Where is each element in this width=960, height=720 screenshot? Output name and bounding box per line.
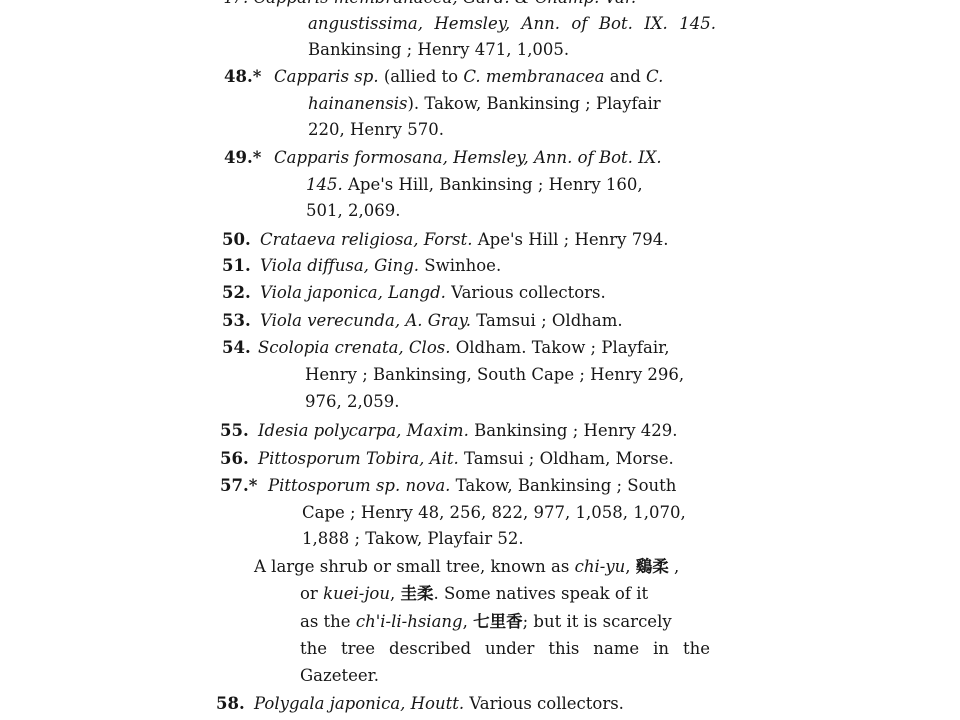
entry-56-localities: Tamsui ; Oldham, Morse. (459, 449, 674, 468)
entry-55-number: 55. (220, 421, 249, 441)
note-chinese-characters-1: 鷄柔 (636, 557, 669, 576)
note-text: A large shrub or small tree, known as (254, 557, 575, 576)
entry-48-line-2: hainanensis). Takow, Bankinsing ; Playfa… (308, 94, 661, 114)
note-chinese-characters-2: 圭柔 (401, 584, 434, 603)
note-text: Gazeteer. (300, 666, 379, 685)
entry-58-line: Polygala japonica, Houtt. Various collec… (254, 694, 624, 714)
entry-48-and: and (605, 67, 647, 86)
entry-48-number: 48.* (224, 67, 261, 87)
entry-56-number: 56. (220, 449, 249, 469)
entry-57-localities: Takow, Bankinsing ; South (450, 476, 676, 495)
note-chinese-characters-3: 七里香 (473, 612, 523, 631)
note-text: . Some natives speak of it (434, 584, 649, 603)
entry-57-species: Pittosporum sp. nova. (268, 476, 450, 495)
entry-48-allied-species-2: hainanensis (308, 94, 407, 113)
entry-54-collectors: 976, 2,059. (305, 392, 399, 411)
entry-47-line-2: angustissima, Hemsley, Ann. of Bot. IX. … (308, 14, 716, 34)
note-line-3: as the ch'i-li-hsiang, 七里香; but it is sc… (300, 612, 672, 632)
entry-57-number: 57.* (220, 476, 257, 496)
entry-57-collectors: Cape ; Henry 48, 256, 822, 977, 1,058, 1… (302, 503, 686, 522)
entry-48-text: (allied to (379, 67, 464, 86)
note-line-1: A large shrub or small tree, known as ch… (254, 557, 679, 577)
entry-47-line-3: Bankinsing ; Henry 471, 1,005. (308, 40, 569, 60)
entry-58-number: 58. (216, 694, 245, 714)
entry-51-number: 51. (222, 256, 251, 276)
entry-54-line-1: Scolopia crenata, Clos. Oldham. Takow ; … (258, 338, 669, 358)
note-text: ; but it is scarcely (523, 612, 672, 631)
entry-47-top-text: 47. Capparis membranacea, Gard. & Champ.… (222, 0, 636, 7)
entry-58-localities: Various collectors. (464, 694, 624, 713)
entry-51-localities: Swinhoe. (419, 256, 501, 275)
entry-50-species: Crataeva religiosa, Forst. (260, 230, 472, 249)
entry-55-species: Idesia polycarpa, Maxim. (258, 421, 469, 440)
entry-49-line-2: 145. Ape's Hill, Bankinsing ; Henry 160, (306, 175, 643, 195)
entry-55-line: Idesia polycarpa, Maxim. Bankinsing ; He… (258, 421, 678, 441)
entry-52-line: Viola japonica, Langd. Various collector… (260, 283, 606, 303)
entry-48-collectors: 220, Henry 570. (308, 120, 444, 139)
entry-55-localities: Bankinsing ; Henry 429. (469, 421, 678, 440)
entry-49-collectors: 501, 2,069. (306, 201, 400, 220)
entry-49-number: 49.* (224, 148, 261, 168)
entry-53-number: 53. (222, 311, 251, 331)
entry-49-page-ref: 145. (306, 175, 343, 194)
entry-49-line-3: 501, 2,069. (306, 201, 400, 221)
scanned-page: 47. Capparis membranacea, Gard. & Champ.… (0, 0, 960, 720)
entry-54-line-3: 976, 2,059. (305, 392, 399, 412)
note-native-name-1: chi-yu (575, 557, 626, 576)
entry-52-localities: Various collectors. (446, 283, 606, 302)
entry-57-line-2: Cape ; Henry 48, 256, 822, 977, 1,058, 1… (302, 503, 686, 523)
note-text: the tree described under this name in th… (300, 639, 710, 658)
entry-53-line: Viola verecunda, A. Gray. Tamsui ; Oldha… (260, 311, 623, 331)
entry-49-localities: Ape's Hill, Bankinsing ; Henry 160, (343, 175, 643, 194)
entry-54-localities: Oldham. Takow ; Playfair, (450, 338, 669, 357)
entry-47-localities: Bankinsing ; Henry 471, 1,005. (308, 40, 569, 59)
entry-57-line-1: Pittosporum sp. nova. Takow, Bankinsing … (268, 476, 676, 496)
entry-56-line: Pittosporum Tobira, Ait. Tamsui ; Oldham… (258, 449, 674, 469)
note-text: or (300, 584, 323, 603)
entry-50-number: 50. (222, 230, 251, 250)
entry-54-line-2: Henry ; Bankinsing, South Cape ; Henry 2… (305, 365, 684, 385)
entry-48-species: Capparis sp. (274, 67, 379, 86)
entry-50-line: Crataeva religiosa, Forst. Ape's Hill ; … (260, 230, 668, 250)
entry-49-species: Capparis formosana, Hemsley, Ann. of Bot… (274, 148, 662, 167)
entry-58-species: Polygala japonica, Houtt. (254, 694, 464, 713)
note-native-name-2: kuei-jou (323, 584, 390, 603)
entry-48-line-3: 220, Henry 570. (308, 120, 444, 140)
entry-48-genus-abbrev: C. (646, 67, 663, 86)
entry-52-number: 52. (222, 283, 251, 303)
entry-50-localities: Ape's Hill ; Henry 794. (472, 230, 668, 249)
entry-47-text: angustissima, Hemsley, Ann. of Bot. IX. … (308, 14, 716, 33)
entry-53-localities: Tamsui ; Oldham. (471, 311, 623, 330)
entry-53-species: Viola verecunda, A. Gray. (260, 311, 471, 330)
entry-48-line-1: Capparis sp. (allied to C. membranacea a… (274, 67, 663, 87)
entry-51-species: Viola diffusa, Ging. (260, 256, 419, 275)
entry-56-species: Pittosporum Tobira, Ait. (258, 449, 459, 468)
entry-52-species: Viola japonica, Langd. (260, 283, 446, 302)
entry-54-species: Scolopia crenata, Clos. (258, 338, 450, 357)
entry-54-number: 54. (222, 338, 251, 358)
entry-49-line-1: Capparis formosana, Hemsley, Ann. of Bot… (274, 148, 662, 168)
entry-57-collectors-2: 1,888 ; Takow, Playfair 52. (302, 529, 524, 548)
entry-51-line: Viola diffusa, Ging. Swinhoe. (260, 256, 501, 276)
entry-48-allied-species: C. membranacea (463, 67, 604, 86)
note-line-2: or kuei-jou, 圭柔. Some natives speak of i… (300, 584, 648, 604)
entry-54-localities-2: Henry ; Bankinsing, South Cape ; Henry 2… (305, 365, 684, 384)
entry-48-localities: ). Takow, Bankinsing ; Playfair (407, 94, 660, 113)
note-text: as the (300, 612, 356, 631)
note-native-name-3: ch'i-li-hsiang (356, 612, 463, 631)
note-line-5: Gazeteer. (300, 666, 379, 686)
entry-57-line-3: 1,888 ; Takow, Playfair 52. (302, 529, 524, 549)
note-line-4: the tree described under this name in th… (300, 639, 710, 659)
entry-47-line-1: 47. Capparis membranacea, Gard. & Champ.… (222, 0, 716, 8)
